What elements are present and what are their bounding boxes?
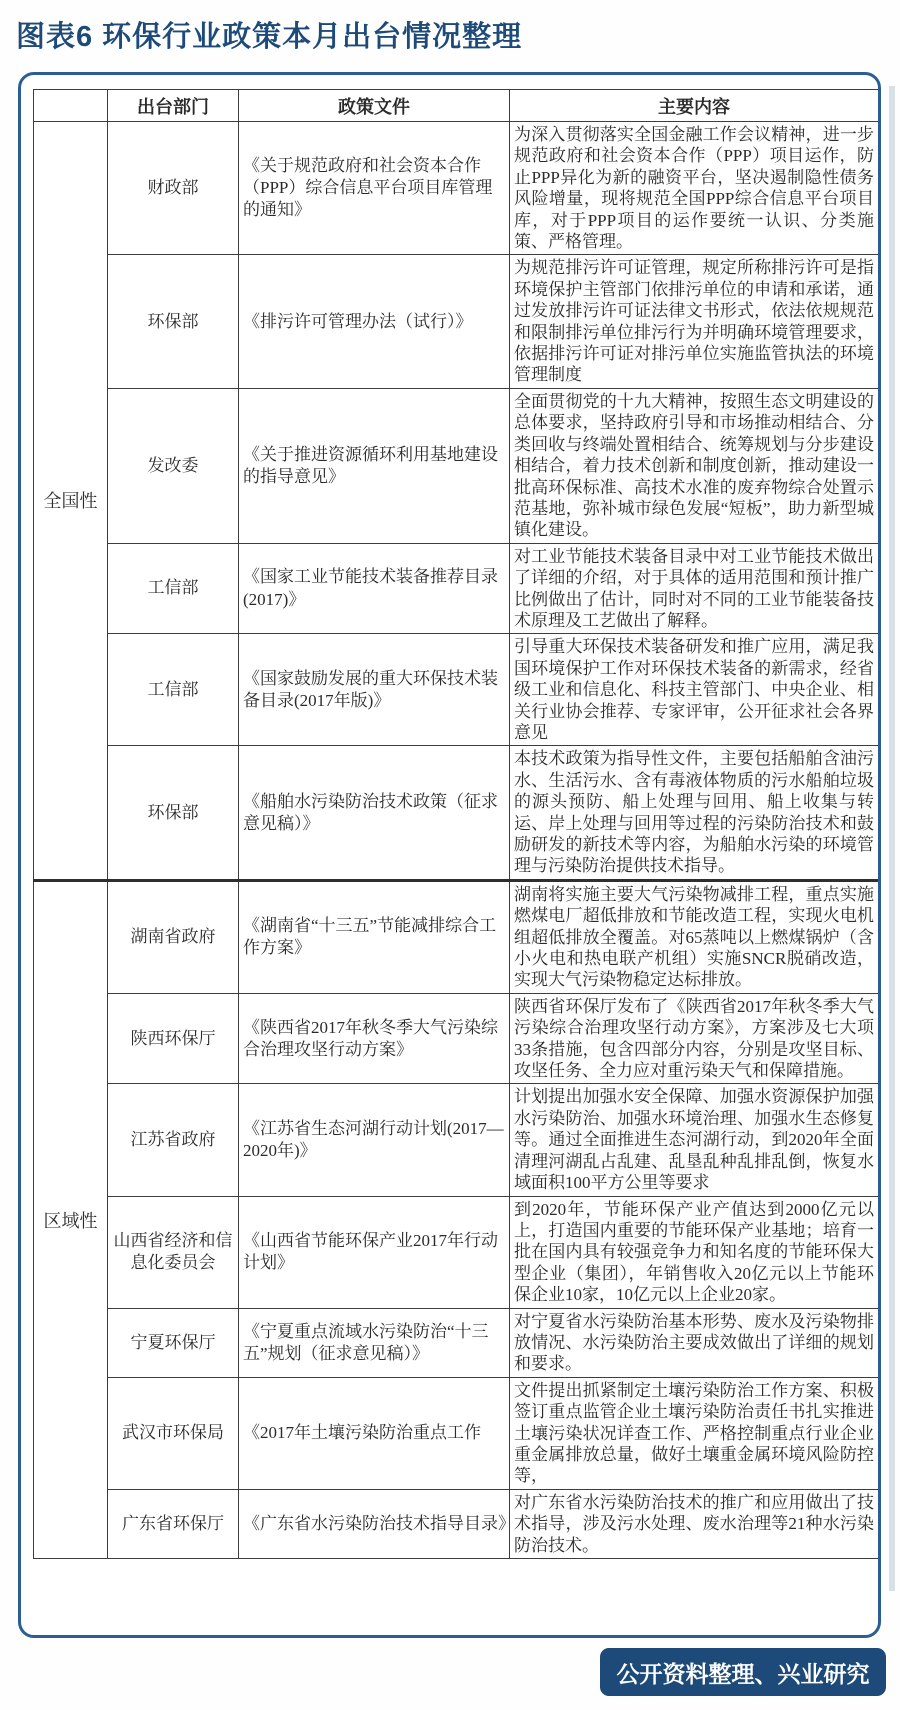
source-attribution-bar: 公开资料整理、兴业研究 — [600, 1648, 886, 1696]
main-content-cell: 对工业节能技术装备目录中对工业节能技术做出了详细的介绍，对于具体的适用范围和预计… — [510, 543, 879, 634]
department-cell: 湖南省政府 — [108, 880, 239, 993]
policy-document-cell: 《船舶水污染防治技术政策（征求意见稿）》 — [239, 746, 510, 880]
department-cell: 武汉市环保局 — [108, 1377, 239, 1489]
main-content-cell: 到2020年，节能环保产业产值达到2000亿元以上，打造国内重要的节能环保产业基… — [510, 1196, 879, 1308]
source-attribution-label: 公开资料整理、兴业研究 — [617, 1656, 870, 1689]
policy-document-cell: 《国家鼓励发展的重大环保技术装备目录(2017年版)》 — [239, 634, 510, 746]
table-row: 山西省经济和信息化委员会《山西省节能环保产业2017年行动计划》到2020年，节… — [34, 1196, 879, 1308]
policy-table-body: 全国性财政部《关于规范政府和社会资本合作（PPP）综合信息平台项目库管理的通知》… — [34, 122, 879, 1559]
header-cell-dept: 出台部门 — [108, 90, 239, 122]
policy-document-cell: 《陕西省2017年秋冬季大气污染综合治理攻坚行动方案》 — [239, 993, 510, 1084]
table-row: 区域性湖南省政府《湖南省“十三五”节能减排综合工作方案》湖南将实施主要大气污染物… — [34, 880, 879, 993]
page-title: 图表6 环保行业政策本月出台情况整理 — [16, 14, 522, 55]
department-cell: 江苏省政府 — [108, 1084, 239, 1196]
policy-document-cell: 《关于规范政府和社会资本合作（PPP）综合信息平台项目库管理的通知》 — [239, 122, 510, 255]
header-cell-group — [34, 90, 108, 122]
main-content-cell: 文件提出抓紧制定土壤污染防治工作方案、积极签订重点监管企业土壤污染防治责任书扎实… — [510, 1377, 879, 1489]
policy-document-cell: 《关于推进资源循环利用基地建设的指导意见》 — [239, 388, 510, 543]
policy-table: 出台部门 政策文件 主要内容 全国性财政部《关于规范政府和社会资本合作（PPP）… — [33, 89, 879, 1559]
department-cell: 工信部 — [108, 634, 239, 746]
policy-table-header: 出台部门 政策文件 主要内容 — [34, 90, 879, 122]
policy-document-cell: 《广东省水污染防治技术指导目录》 — [239, 1489, 510, 1558]
table-row: 工信部《国家鼓励发展的重大环保技术装备目录(2017年版)》引导重大环保技术装备… — [34, 634, 879, 746]
header-cell-doc: 政策文件 — [239, 90, 510, 122]
department-cell: 环保部 — [108, 746, 239, 880]
department-cell: 宁夏环保厅 — [108, 1308, 239, 1377]
department-cell: 工信部 — [108, 543, 239, 634]
department-cell: 陕西环保厅 — [108, 993, 239, 1084]
table-row: 广东省环保厅《广东省水污染防治技术指导目录》对广东省水污染防治技术的推广和应用做… — [34, 1489, 879, 1558]
policy-document-cell: 《国家工业节能技术装备推荐目录(2017)》 — [239, 543, 510, 634]
department-cell: 山西省经济和信息化委员会 — [108, 1196, 239, 1308]
page-edge-strip — [889, 86, 895, 1591]
department-cell: 财政部 — [108, 122, 239, 255]
policy-document-cell: 《宁夏重点流域水污染防治“十三五”规划（征求意见稿）》 — [239, 1308, 510, 1377]
table-row: 全国性财政部《关于规范政府和社会资本合作（PPP）综合信息平台项目库管理的通知》… — [34, 122, 879, 255]
main-content-cell: 全面贯彻党的十九大精神，按照生态文明建设的总体要求，坚持政府引导和市场推动相结合… — [510, 388, 879, 543]
policy-document-cell: 《江苏省生态河湖行动计划(2017—2020年)》 — [239, 1084, 510, 1196]
main-content-cell: 本技术政策为指导性文件，主要包括船舶含油污水、生活污水、含有毒液体物质的污水船舶… — [510, 746, 879, 880]
table-row: 环保部《排污许可管理办法（试行）》为规范排污许可证管理，规定所称排污许可是指环境… — [34, 255, 879, 388]
main-content-cell: 计划提出加强水安全保障、加强水资源保护加强水污染防治、加强水环境治理、加强水生态… — [510, 1084, 879, 1196]
table-row: 江苏省政府《江苏省生态河湖行动计划(2017—2020年)》计划提出加强水安全保… — [34, 1084, 879, 1196]
policy-document-cell: 《排污许可管理办法（试行）》 — [239, 255, 510, 388]
table-row: 陕西环保厅《陕西省2017年秋冬季大气污染综合治理攻坚行动方案》陕西省环保厅发布… — [34, 993, 879, 1084]
department-cell: 发改委 — [108, 388, 239, 543]
header-cell-main: 主要内容 — [510, 90, 879, 122]
report-figure-page: 图表6 环保行业政策本月出台情况整理 出台部门 政策文件 主要内容 全国性财政部… — [0, 0, 900, 1710]
main-content-cell: 引导重大环保技术装备研发和推广应用，满足我国环境保护工作对环保技术装备的新需求，… — [510, 634, 879, 746]
group-label-cell: 全国性 — [34, 122, 108, 881]
main-content-cell: 陕西省环保厅发布了《陕西省2017年秋冬季大气污染综合治理攻坚行动方案》，方案涉… — [510, 993, 879, 1084]
main-content-cell: 为深入贯彻落实全国金融工作会议精神，进一步规范政府和社会资本合作（PPP）项目运… — [510, 122, 879, 255]
main-content-cell: 湖南将实施主要大气污染物减排工程，重点实施燃煤电厂超低排放和节能改造工程，实现火… — [510, 880, 879, 993]
table-row: 发改委《关于推进资源循环利用基地建设的指导意见》全面贯彻党的十九大精神，按照生态… — [34, 388, 879, 543]
department-cell: 广东省环保厅 — [108, 1489, 239, 1558]
table-row: 宁夏环保厅《宁夏重点流域水污染防治“十三五”规划（征求意见稿）》对宁夏省水污染防… — [34, 1308, 879, 1377]
policy-document-cell: 《2017年土壤污染防治重点工作 — [239, 1377, 510, 1489]
main-content-cell: 对广东省水污染防治技术的推广和应用做出了技术指导，涉及污水处理、废水治理等21种… — [510, 1489, 879, 1558]
main-content-cell: 为规范排污许可证管理，规定所称排污许可是指环境保护主管部门依排污单位的申请和承诺… — [510, 255, 879, 388]
department-cell: 环保部 — [108, 255, 239, 388]
policy-table-panel: 出台部门 政策文件 主要内容 全国性财政部《关于规范政府和社会资本合作（PPP）… — [18, 72, 881, 1638]
header-row: 出台部门 政策文件 主要内容 — [34, 90, 879, 122]
table-row: 武汉市环保局《2017年土壤污染防治重点工作文件提出抓紧制定土壤污染防治工作方案… — [34, 1377, 879, 1489]
policy-document-cell: 《湖南省“十三五”节能减排综合工作方案》 — [239, 880, 510, 993]
table-row: 环保部《船舶水污染防治技术政策（征求意见稿）》本技术政策为指导性文件，主要包括船… — [34, 746, 879, 880]
policy-document-cell: 《山西省节能环保产业2017年行动计划》 — [239, 1196, 510, 1308]
group-label-cell: 区域性 — [34, 880, 108, 1558]
main-content-cell: 对宁夏省水污染防治基本形势、废水及污染物排放情况、水污染防治主要成效做出了详细的… — [510, 1308, 879, 1377]
table-row: 工信部《国家工业节能技术装备推荐目录(2017)》对工业节能技术装备目录中对工业… — [34, 543, 879, 634]
